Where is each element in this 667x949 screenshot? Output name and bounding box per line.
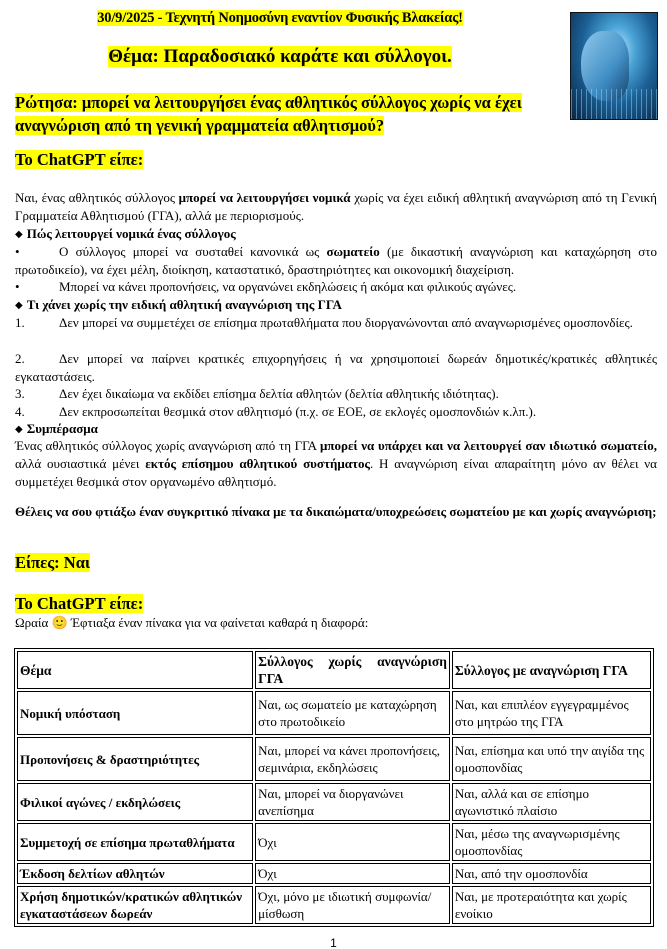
diamond-icon: ◆ (15, 424, 23, 435)
table-row: Χρήση δημοτικών/κρατικών αθλητικών εγκατ… (17, 886, 651, 924)
numbered-item: 1.Δεν μπορεί να συμμετέχει σε επίσημα πρ… (15, 314, 657, 332)
speaker-label: Το ChatGPT είπε: (15, 594, 143, 613)
item-number: 2. (15, 350, 59, 368)
section-title: Συμπέρασμα (27, 421, 98, 436)
chatgpt-said-heading-2: Το ChatGPT είπε: (15, 594, 143, 614)
offer-question: Θέλεις να σου φτιάξω έναν συγκριτικό πίν… (15, 503, 657, 521)
table-row: Φιλικοί αγώνες / εκδηλώσειςΝαι, μπορεί ν… (17, 783, 651, 821)
section-title: Πώς λειτουργεί νομικά ένας σύλλογος (27, 226, 236, 241)
numbered-item: 2.Δεν μπορεί να παίρνει κρατικές επιχορη… (15, 350, 657, 386)
table-row: Συμμετοχή σε επίσημα πρωταθλήματαΌχιΝαι,… (17, 823, 651, 861)
column-header: Σύλλογος με αναγνώριση ΓΓΑ (452, 651, 651, 689)
item-text: Δεν μπορεί να συμμετέχει σε επίσημα πρωτ… (59, 315, 633, 330)
table-cell: Ναι, μπορεί να διοργανώνει ανεπίσημα (255, 783, 450, 821)
row-topic: Φιλικοί αγώνες / εκδηλώσεις (17, 783, 253, 821)
numbered-item: 4.Δεν εκπροσωπείται θεσμικά στον αθλητισ… (15, 403, 657, 421)
bullet-icon: • (15, 243, 59, 261)
diamond-icon: ◆ (15, 300, 23, 311)
table-cell: Όχι, μόνο με ιδιωτική συμφωνία/μίσθωση (255, 886, 450, 924)
table-cell: Ναι, μέσω της αναγνωρισμένης ομοσπονδίας (452, 823, 651, 861)
comparison-table: ΘέμαΣύλλογος χωρίς αναγνώριση ΓΓΑΣύλλογο… (14, 648, 654, 927)
item-text: Δεν μπορεί να παίρνει κρατικές επιχορηγή… (15, 351, 657, 384)
question-line-1: Ρώτησα: μπορεί να λειτουργήσει ένας αθλη… (15, 93, 522, 112)
date-title: 30/9/2025 - Τεχνητή Νοημοσύνη εναντίον Φ… (0, 10, 560, 27)
column-header: Θέμα (17, 651, 253, 689)
chatgpt-said-heading-1: Το ChatGPT είπε: (15, 150, 143, 170)
ai-head-image (570, 12, 658, 120)
table-row: Προπονήσεις & δραστηριότητεςΝαι, μπορεί … (17, 737, 651, 781)
section-heading-loses: ◆Τι χάνει χωρίς την ειδική αθλητική αναγ… (15, 296, 342, 315)
reply-text: Είπες: Ναι (15, 553, 90, 572)
table-cell: Όχι (255, 823, 450, 861)
theme-title: Θέμα: Παραδοσιακό καράτε και σύλλογοι. (0, 46, 560, 68)
table-row: Νομική υπόστασηΝαι, ως σωματείο με καταχ… (17, 691, 651, 735)
section-heading-legal: ◆Πώς λειτουργεί νομικά ένας σύλλογος (15, 225, 236, 244)
circuit-pattern (571, 89, 657, 119)
conclusion-text: Ένας αθλητικός σύλλογος χωρίς αναγνώριση… (15, 438, 320, 453)
row-topic: Έκδοση δελτίων αθλητών (17, 863, 253, 884)
bullet-item: •Μπορεί να κάνει προπονήσεις, να οργανών… (15, 278, 657, 296)
conclusion-bold: μπορεί να υπάρχει και να λειτουργεί σαν … (320, 438, 657, 453)
item-text: Δεν εκπροσωπείται θεσμικά στον αθλητισμό… (59, 404, 536, 419)
conclusion-bold: εκτός επίσημου αθλητικού συστήματος (145, 456, 370, 471)
row-topic: Χρήση δημοτικών/κρατικών αθλητικών εγκατ… (17, 886, 253, 924)
row-topic: Νομική υπόσταση (17, 691, 253, 735)
item-text: Δεν έχει δικαίωμα να εκδίδει επίσημα δελ… (59, 386, 499, 401)
diamond-icon: ◆ (15, 229, 23, 240)
theme-title-text: Θέμα: Παραδοσιακό καράτε και σύλλογοι. (108, 46, 452, 67)
bullet-text-pre: Ο σύλλογος μπορεί να συσταθεί κανονικά ω… (59, 244, 326, 259)
item-number: 4. (15, 403, 59, 421)
bullet-text-bold: σωματείο (326, 244, 379, 259)
table-cell: Όχι (255, 863, 450, 884)
table-header-row: ΘέμαΣύλλογος χωρίς αναγνώριση ΓΓΑΣύλλογο… (17, 651, 651, 689)
speaker-label: Το ChatGPT είπε: (15, 150, 143, 169)
bullet-item: •Ο σύλλογος μπορεί να συσταθεί κανονικά … (15, 243, 657, 279)
table-intro: Ωραία 🙂 Έφτιαξα έναν πίνακα για να φαίνε… (15, 614, 657, 632)
numbered-item: 3.Δεν έχει δικαίωμα να εκδίδει επίσημα δ… (15, 385, 657, 403)
date-title-text: 30/9/2025 - Τεχνητή Νοημοσύνη εναντίον Φ… (97, 10, 463, 26)
question: Ρώτησα: μπορεί να λειτουργήσει ένας αθλη… (15, 91, 565, 137)
intro-paragraph: Ναι, ένας αθλητικός σύλλογος μπορεί να λ… (15, 189, 657, 225)
row-topic: Συμμετοχή σε επίσημα πρωταθλήματα (17, 823, 253, 861)
section-title: Τι χάνει χωρίς την ειδική αθλητική αναγν… (27, 297, 342, 312)
table-cell: Ναι, με προτεραιότητα και χωρίς ενοίκιο (452, 886, 651, 924)
intro-bold: μπορεί να λειτουργήσει νομικά (179, 190, 351, 205)
item-number: 3. (15, 385, 59, 403)
table-cell: Ναι, επίσημα και υπό την αιγίδα της ομοσ… (452, 737, 651, 781)
conclusion-paragraph: Ένας αθλητικός σύλλογος χωρίς αναγνώριση… (15, 437, 657, 491)
page-number: 1 (0, 936, 667, 949)
table-cell: Ναι, μπορεί να κάνει προπονήσεις, σεμινά… (255, 737, 450, 781)
bullet-icon: • (15, 278, 59, 296)
intro-pre: Ναι, ένας αθλητικός σύλλογος (15, 190, 179, 205)
bullet-text: Μπορεί να κάνει προπονήσεις, να οργανώνε… (59, 279, 516, 294)
table-row: Έκδοση δελτίων αθλητώνΌχιΝαι, από την ομ… (17, 863, 651, 884)
table-cell: Ναι, και επιπλέον εγγεγραμμένος στο μητρ… (452, 691, 651, 735)
user-reply: Είπες: Ναι (15, 553, 90, 573)
column-header: Σύλλογος χωρίς αναγνώριση ΓΓΑ (255, 651, 450, 689)
table-cell: Ναι, αλλά και σε επίσημο αγωνιστικό πλαί… (452, 783, 651, 821)
table-cell: Ναι, από την ομοσπονδία (452, 863, 651, 884)
question-line-2: αναγνώριση από τη γενική γραμματεία αθλη… (15, 116, 384, 135)
row-topic: Προπονήσεις & δραστηριότητες (17, 737, 253, 781)
table-cell: Ναι, ως σωματείο με καταχώρηση στο πρωτο… (255, 691, 450, 735)
item-number: 1. (15, 314, 59, 332)
conclusion-text: αλλά ουσιαστικά μένει (15, 456, 145, 471)
